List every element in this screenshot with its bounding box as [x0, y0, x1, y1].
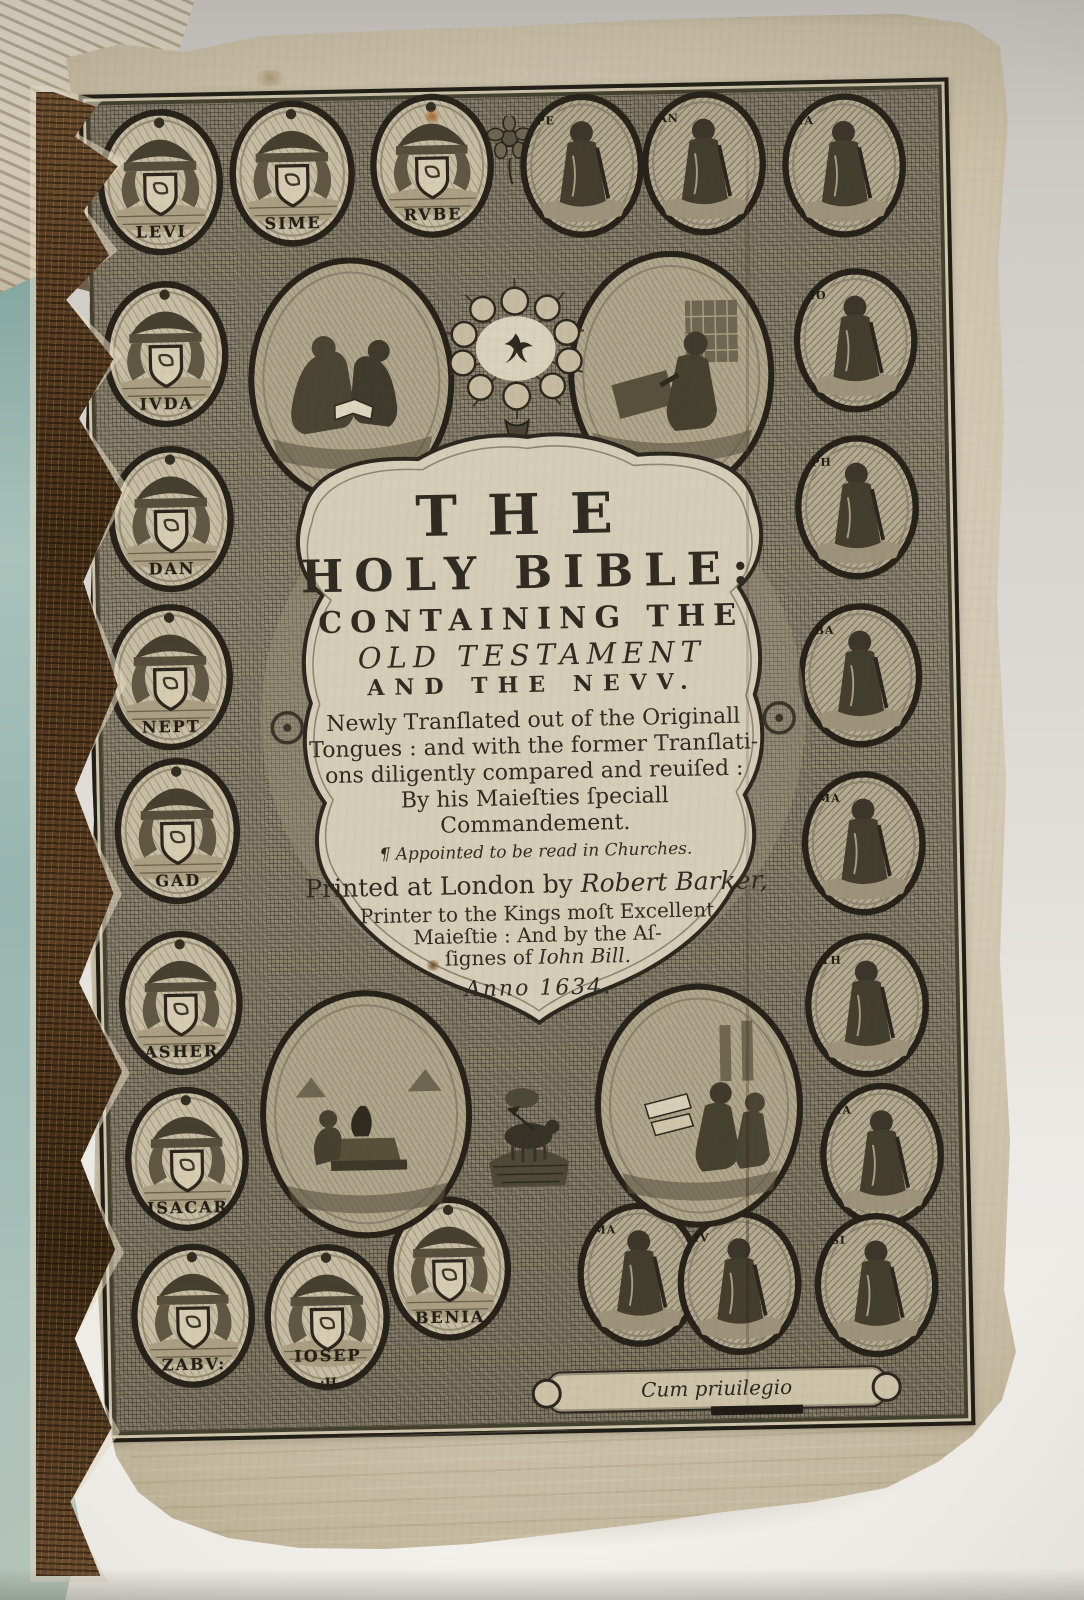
medallion-simon: SI — [809, 1210, 944, 1361]
photograph-of-antique-bible-title-page: LEVI SIME RVBE PE AN — [0, 0, 1084, 1600]
medallion-label: BENIA — [383, 1306, 517, 1328]
foxing-spot — [250, 70, 290, 86]
imprint-assignes: ſignes of — [445, 945, 539, 971]
medallion-label: SIME — [227, 212, 359, 234]
tribe-tent-icon — [259, 1241, 396, 1394]
medallion-james-less: IA — [815, 1080, 950, 1231]
medallion-john: IO — [788, 265, 923, 416]
privilege-text: Cum priuilegio — [546, 1367, 887, 1412]
medallion-label: IA — [798, 114, 814, 127]
medallion-label: ISACAR — [120, 1196, 256, 1218]
imprint-printed-at: Printed at London by — [305, 869, 581, 904]
imprint-printer-name: Robert Barker, — [580, 865, 767, 898]
medallion-label: IO — [810, 289, 827, 302]
medallion-simeon: SIME — [225, 97, 360, 250]
apostle-figure-icon — [515, 90, 650, 241]
medallion-andrew: AN — [637, 88, 772, 239]
medallion-label: SI — [831, 1234, 846, 1247]
medallion-isacar: ISACAR — [117, 1084, 256, 1235]
medallion-peter: PE — [515, 90, 650, 241]
subtitle-paragraph: Newly Tranſlated out of the Originall To… — [273, 703, 796, 843]
medallion-label: IA — [836, 1104, 852, 1117]
imprint-john-bill: Iohn Bill. — [538, 943, 631, 969]
medallion-label: IOSEP — [261, 1345, 395, 1367]
medallion-nepthali: NEPT — [103, 601, 238, 754]
medallion-gad: GAD — [110, 755, 245, 908]
apostle-figure-icon — [809, 1210, 944, 1361]
medallion-label: AN — [658, 112, 679, 125]
plate-bottom-mark — [711, 1405, 803, 1416]
title-page-leaf: LEVI SIME RVBE PE AN — [0, 0, 1084, 1600]
medallion-label-second-line: :H — [261, 1374, 395, 1392]
medallion-zabulon: ZABV: — [125, 1240, 262, 1391]
medallion-label: PE — [536, 114, 555, 127]
medallion-label: ASHER — [114, 1040, 250, 1062]
apostle-figure-icon — [777, 90, 912, 241]
lamb-on-mound-icon — [477, 1069, 579, 1191]
medallion-jude: IV — [672, 1208, 807, 1359]
medallion-label: IVDA — [101, 392, 233, 414]
apostle-figure-icon — [788, 265, 923, 416]
medallion-label: IV — [694, 1232, 710, 1245]
medallion-joseph: IOSEP :H — [259, 1241, 396, 1394]
medallion-asher: ASHER — [111, 928, 250, 1079]
medallion-james: IA — [777, 90, 912, 241]
apostle-figure-icon — [815, 1080, 950, 1231]
apostle-figure-icon — [672, 1208, 807, 1359]
apostle-figure-icon — [637, 88, 772, 239]
medallion-label: NEPT — [105, 715, 237, 737]
medallion-label: DAN — [106, 557, 238, 579]
medallion-label: LEVI — [95, 220, 227, 242]
medallion-label: GAD — [112, 869, 244, 891]
medallion-label: RVBE — [367, 203, 499, 225]
medallion-ruben: RVBE — [365, 90, 500, 241]
medallion-label: ZABV: — [127, 1353, 261, 1375]
engraved-border-plate: LEVI SIME RVBE PE AN — [79, 77, 976, 1442]
medallion-levi: LEVI — [93, 106, 228, 259]
paschal-lamb — [477, 1069, 579, 1191]
medallion-dan: DAN — [104, 443, 239, 596]
